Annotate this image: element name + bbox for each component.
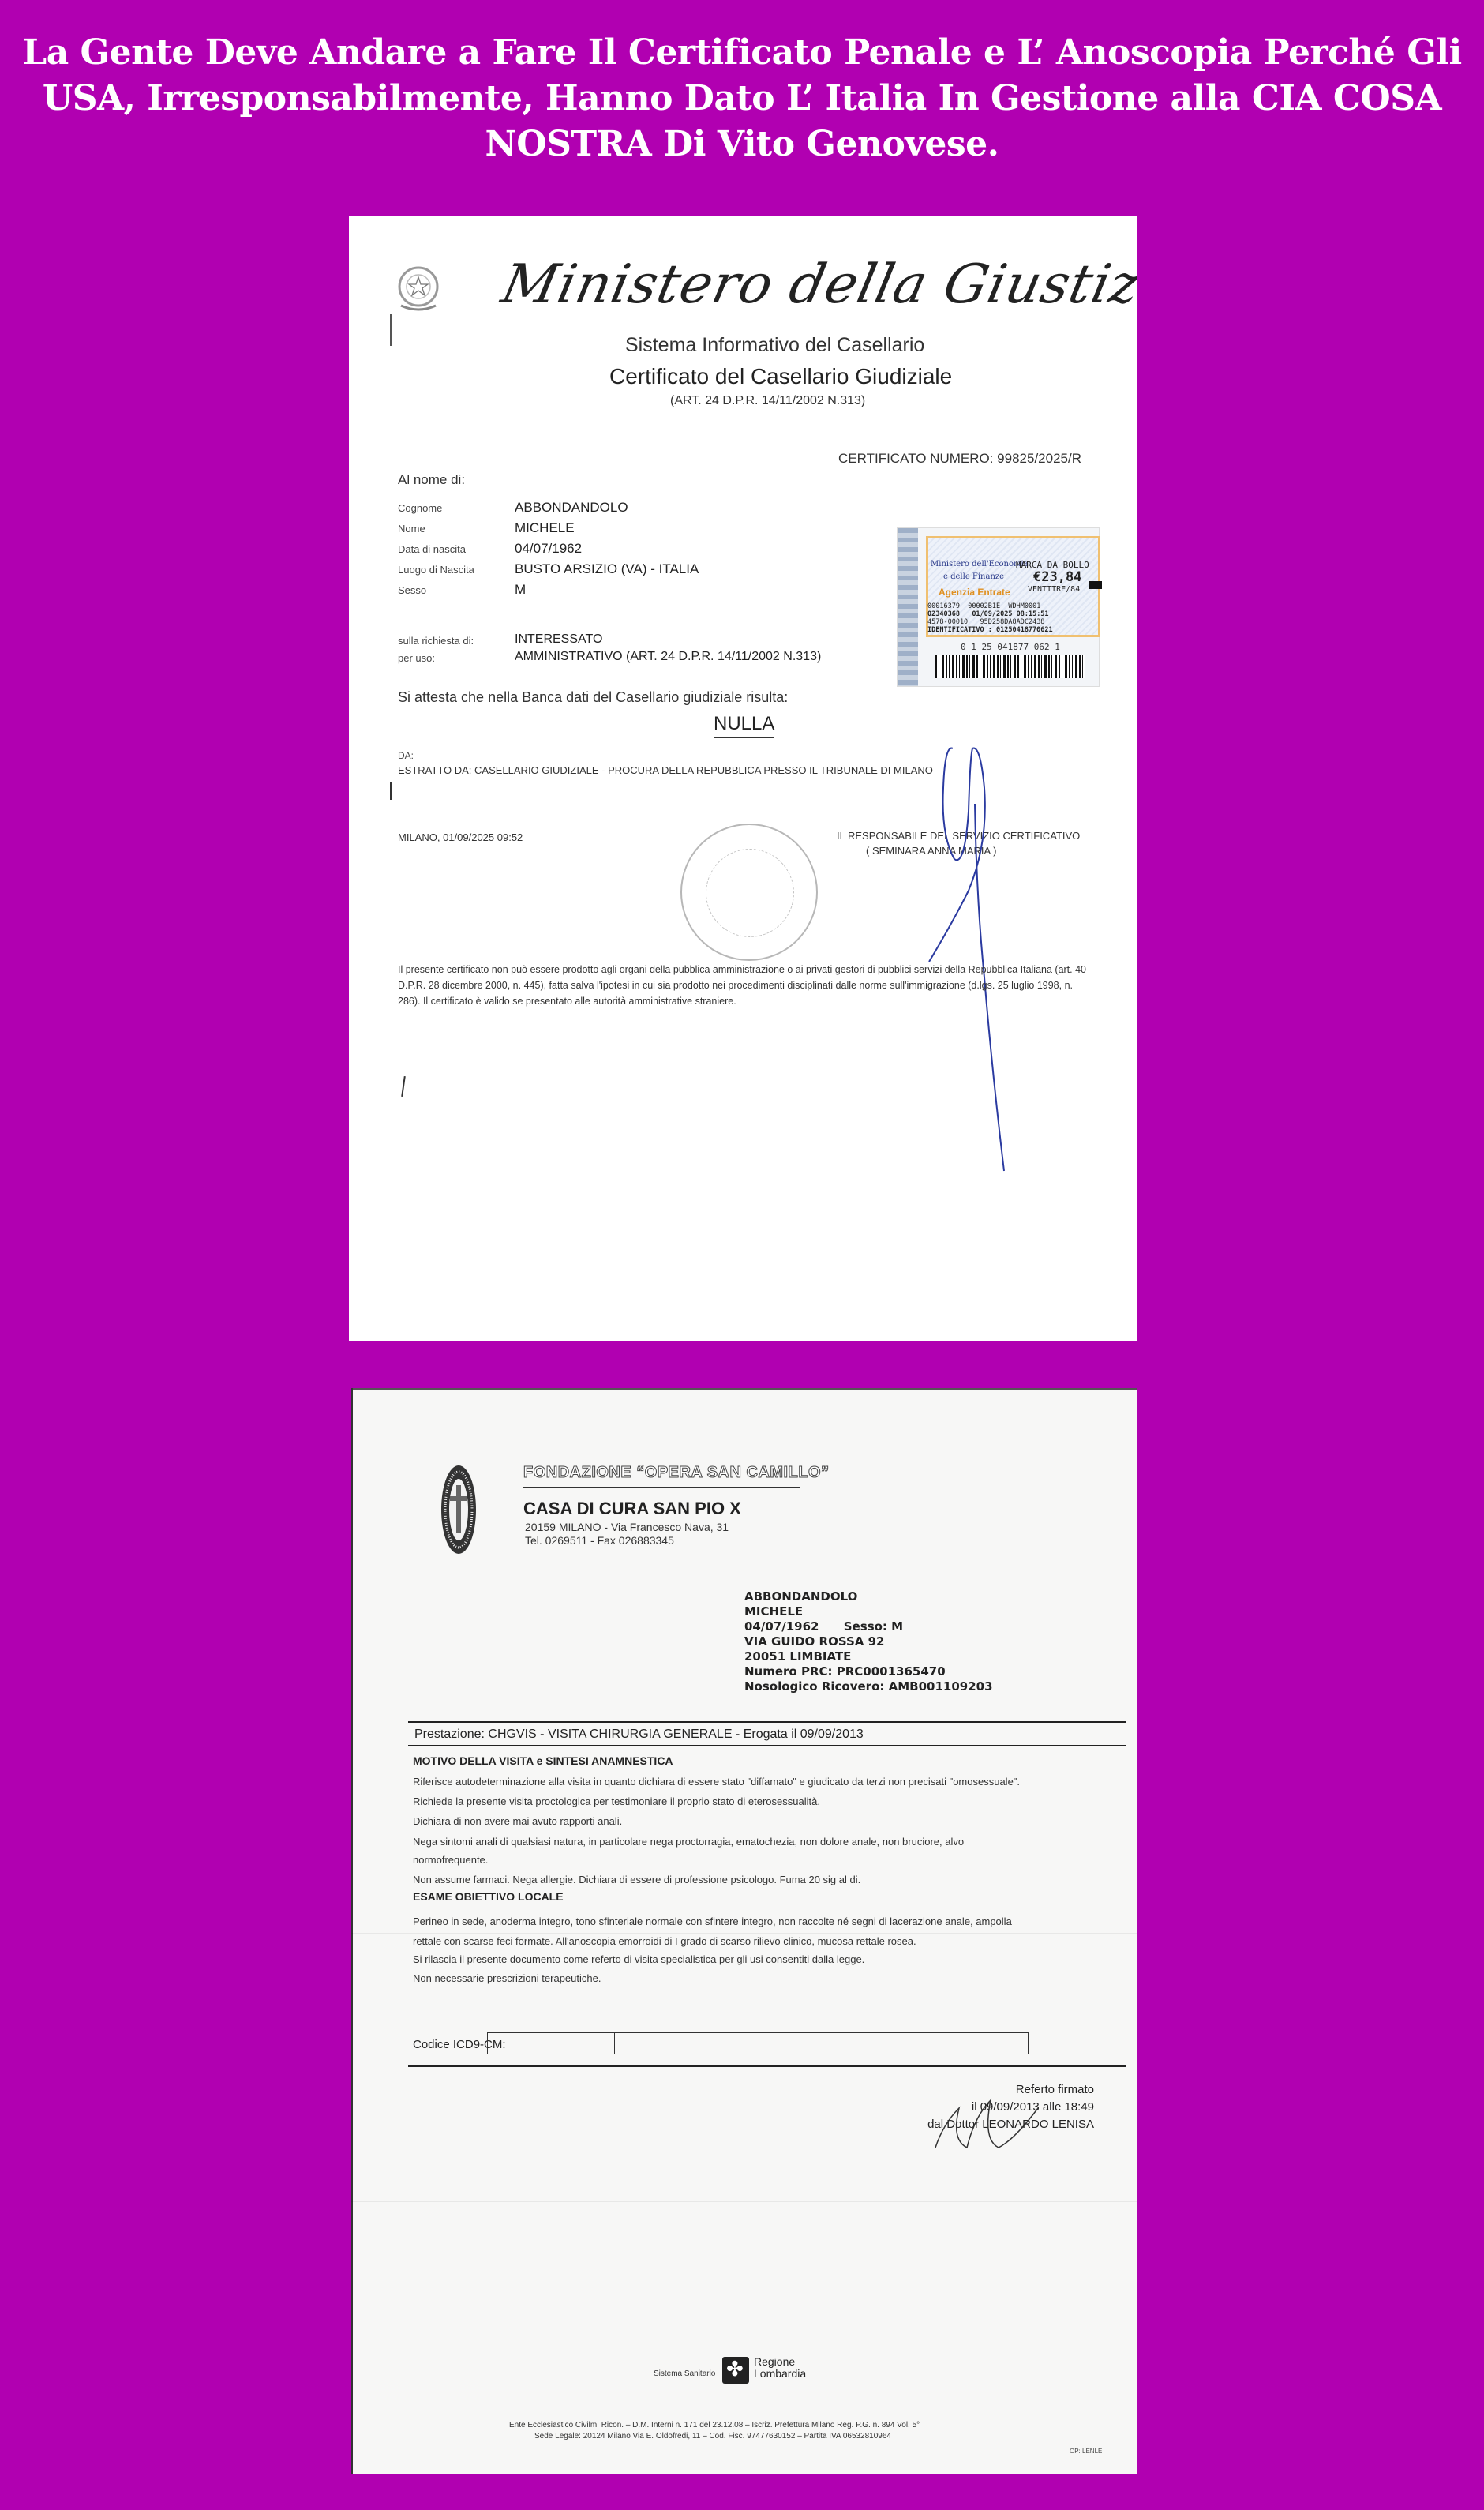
stamp-row-1: 00016379 00002B1E WDHM0001 [927, 602, 1040, 610]
legal-disclaimer: Il presente certificato non può essere p… [398, 962, 1092, 1009]
regione-lombardia-logo-icon: ✤ [722, 2357, 749, 2384]
certificate-number: CERTIFICATO NUMERO: 99825/2025/R [838, 451, 1081, 467]
region-name: RegioneLombardia [754, 2356, 806, 2380]
stamp-ministry: Ministero dell'Economia [931, 560, 1029, 568]
al-nome-di-label: Al nome di: [398, 472, 465, 488]
patient-birthdate-sex: 04/07/1962 Sesso: M [744, 1619, 903, 1634]
da-label: DA: [398, 750, 414, 761]
extract-source: ESTRATTO DA: CASELLARIO GIUDIZIALE - PRO… [398, 764, 933, 776]
use-value: AMMINISTRATIVO (ART. 24 D.P.R. 14/11/200… [515, 650, 821, 664]
field-value-nome: MICHELE [515, 520, 575, 536]
legal-footer-2: Sede Legale: 20124 Milano Via E. Oldofre… [534, 2432, 891, 2441]
revenue-stamp: Ministero dell'Economia e delle Finanze … [897, 527, 1100, 687]
medical-report: FONDAZIONE “OPERA SAN CAMILLO” CASA DI C… [351, 1388, 1137, 2474]
request-value: INTERESSATO [515, 632, 602, 647]
patient-city: 20051 LIMBIATE [744, 1649, 851, 1664]
request-label: sulla richiesta di: [398, 635, 474, 647]
attestation-text: Si attesta che nella Banca dati del Case… [398, 689, 788, 706]
patient-nosologico: Nosologico Ricovero: AMB001109203 [744, 1679, 993, 1694]
italian-republic-emblem-icon [395, 263, 442, 318]
certificate-title: Certificato del Casellario Giudiziale [609, 364, 952, 389]
foundation-name: FONDAZIONE “OPERA SAN CAMILLO” [523, 1464, 800, 1488]
clinic-phone: Tel. 0269511 - Fax 026883345 [525, 1534, 674, 1547]
system-name: Sistema Informativo del Casellario [625, 334, 924, 357]
stamp-ministry-2: e delle Finanze [943, 572, 1004, 581]
stamp-barcode [935, 655, 1085, 678]
section1-line: Nega sintomi anali di qualsiasi natura, … [413, 1836, 964, 1848]
stamp-amount: €23,84 [1033, 569, 1081, 585]
section-visit-reason-title: MOTIVO DELLA VISITA e SINTESI ANAMNESTIC… [413, 1754, 673, 1767]
field-value-cognome: ABBONDANDOLO [515, 500, 628, 516]
section1-line: Richiede la presente visita proctologica… [413, 1795, 820, 1807]
saint-camillus-cross-logo-icon [440, 1463, 478, 1556]
section2-line: Non necessarie prescrizioni terapeutiche… [413, 1972, 601, 1984]
stamp-agency: Agenzia Entrate [939, 587, 1010, 598]
field-value-birthdate: 04/07/1962 [515, 541, 582, 557]
field-label-cognome: Cognome [398, 502, 442, 514]
service-line: Prestazione: CHGVIS - VISITA CHIRURGIA G… [414, 1728, 864, 1742]
use-label: per uso: [398, 652, 435, 664]
headline: La Gente Deve Andare a Fare Il Certifica… [0, 30, 1484, 167]
operator-code: OP: LENLE [1070, 2448, 1102, 2455]
scan-mark [390, 314, 392, 346]
scan-mark-2 [390, 782, 392, 800]
stamp-row-2: 02340368 01/09/2025 08:15:51 [927, 610, 1049, 618]
headline-line-1: La Gente Deve Andare a Fare Il Certifica… [0, 30, 1484, 76]
clinic-name: CASA DI CURA SAN PIO X [523, 1499, 741, 1519]
section1-line: Dichiara di non avere mai avuto rapporti… [413, 1815, 622, 1827]
field-label-birthplace: Luogo di Nascita [398, 564, 474, 576]
field-label-nome: Nome [398, 523, 425, 535]
prosecutor-seal-icon [680, 824, 818, 961]
scan-mark-3 [401, 1076, 406, 1097]
stamp-black-mark [1089, 581, 1102, 589]
section1-line: Non assume farmaci. Nega allergie. Dichi… [413, 1874, 860, 1885]
paper-fold [351, 1933, 1137, 1934]
result-nulla: NULLA [714, 713, 774, 738]
clinic-address: 20159 MILANO - Via Francesco Nava, 31 [525, 1521, 729, 1533]
headline-line-3: NOSTRA Di Vito Genovese. [0, 122, 1484, 167]
section1-line: normofrequente. [413, 1854, 488, 1866]
patient-prc-number: Numero PRC: PRC0001365470 [744, 1664, 946, 1679]
place-date: MILANO, 01/09/2025 09:52 [398, 831, 523, 843]
ministry-name: Ministero della Giustizia [497, 253, 1137, 316]
section2-line: rettale con scarse feci formate. All'ano… [413, 1935, 916, 1947]
stamp-row-3: 4578-00010 95D258DA8ADC2438 [927, 618, 1044, 626]
icd-code-box [487, 2032, 1029, 2054]
section2-line: Perineo in sede, anoderma integro, tono … [413, 1915, 1012, 1927]
headline-line-2: USA, Irresponsabilmente, Hanno Dato L’ I… [0, 76, 1484, 122]
divider [408, 1745, 1126, 1746]
patient-surname: ABBONDANDOLO [744, 1589, 857, 1604]
section1-line: Riferisce autodeterminazione alla visita… [413, 1776, 1020, 1788]
divider [408, 1721, 1126, 1723]
divider [408, 2065, 1126, 2067]
health-system-label: Sistema Sanitario [654, 2369, 715, 2378]
patient-name: MICHELE [744, 1604, 803, 1619]
stamp-identificativo: IDENTIFICATIVO : 01250418770621 [927, 626, 1053, 634]
field-label-birthdate: Data di nascita [398, 543, 466, 555]
stamp-amount-words: VENTITRE/84 [1028, 585, 1080, 594]
stamp-barcode-number: 0 1 25 041877 062 1 [961, 642, 1060, 652]
patient-street: VIA GUIDO ROSSA 92 [744, 1634, 884, 1649]
paper-fold-2 [351, 2201, 1137, 2202]
section-local-exam-title: ESAME OBIETTIVO LOCALE [413, 1890, 564, 1903]
section2-line: Si rilascia il presente documento come r… [413, 1953, 864, 1965]
legal-footer-1: Ente Ecclesiastico Civilm. Ricon. – D.M.… [509, 2421, 920, 2429]
field-label-sex: Sesso [398, 584, 426, 596]
field-value-sex: M [515, 582, 526, 598]
criminal-record-certificate: Ministero della Giustizia Sistema Inform… [349, 216, 1137, 1341]
law-reference: (ART. 24 D.P.R. 14/11/2002 N.313) [670, 394, 865, 408]
doctor-signature-icon [927, 2092, 1046, 2155]
stamp-security-strip [898, 528, 918, 686]
field-value-birthplace: BUSTO ARSIZIO (VA) - ITALIA [515, 561, 699, 577]
